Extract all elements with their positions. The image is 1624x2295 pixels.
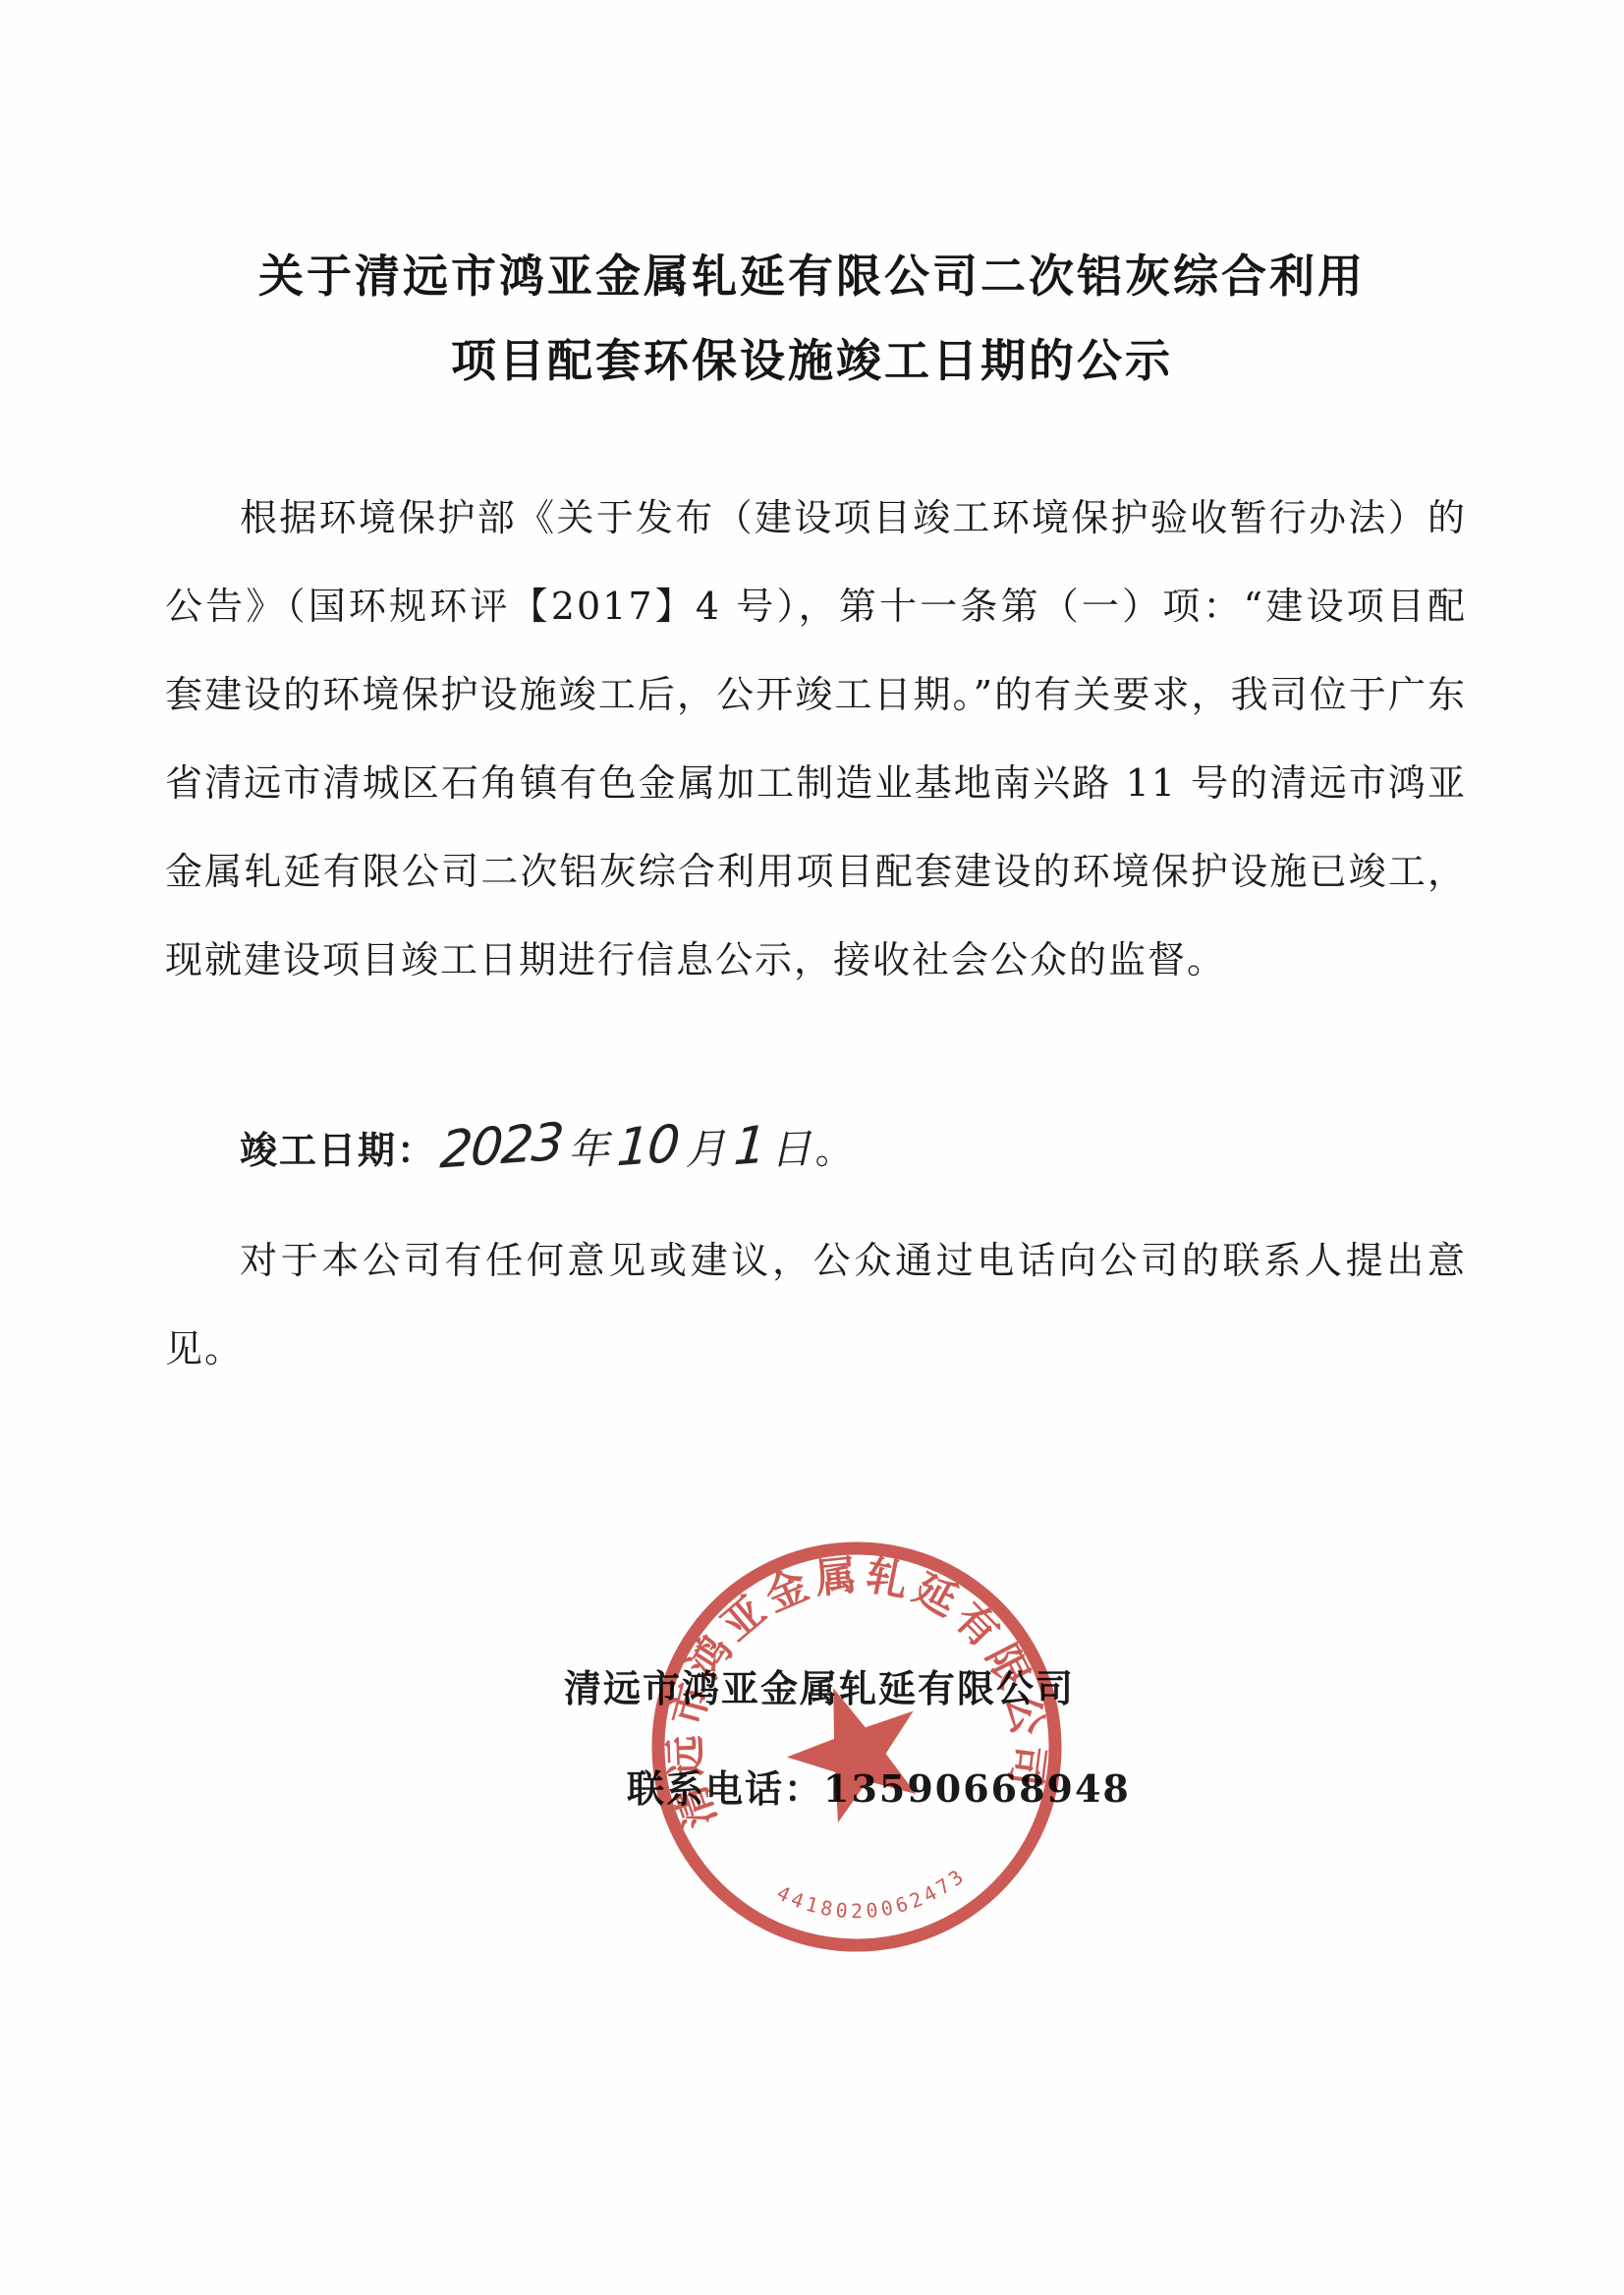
notice-paragraph-legal-basis: 根据环境保护部《关于发布（建设项目竣工环境保护验收暂行办法）的公告》（国环规环评…	[165, 474, 1467, 1004]
handwritten-day-digits: 1	[726, 1100, 770, 1192]
handwritten-month-digits: 10	[610, 1099, 685, 1194]
completion-date-label: 竣工日期：	[165, 1128, 436, 1172]
notice-document-page: 关于清远市鸿亚金属轧延有限公司二次铝灰综合利用 项目配套环保设施竣工日期的公示 …	[0, 0, 1624, 2295]
handwritten-year-char: 年	[565, 1104, 615, 1195]
notice-title: 关于清远市鸿亚金属轧延有限公司二次铝灰综合利用 项目配套环保设施竣工日期的公示	[118, 234, 1506, 403]
notice-title-line1: 关于清远市鸿亚金属轧延有限公司二次铝灰综合利用	[118, 234, 1506, 318]
handwritten-day-char: 日	[766, 1104, 816, 1195]
notice-paragraph-feedback: 对于本公司有任何意见或建议，公众通过电话向公司的联系人提出意见。	[165, 1216, 1467, 1393]
completion-date-line: 竣工日期：2023年10月1日。	[165, 1102, 855, 1195]
notice-title-line2: 项目配套环保设施竣工日期的公示	[118, 318, 1506, 403]
handwritten-month-char: 月	[681, 1104, 731, 1195]
company-seal-stamp: 清远市鸿亚金属轧延有限公司 4418020062473	[619, 1509, 1094, 1985]
date-period: 。	[815, 1129, 855, 1172]
seal-star-icon	[770, 1665, 940, 1831]
handwritten-year-digits: 2023	[433, 1097, 569, 1196]
